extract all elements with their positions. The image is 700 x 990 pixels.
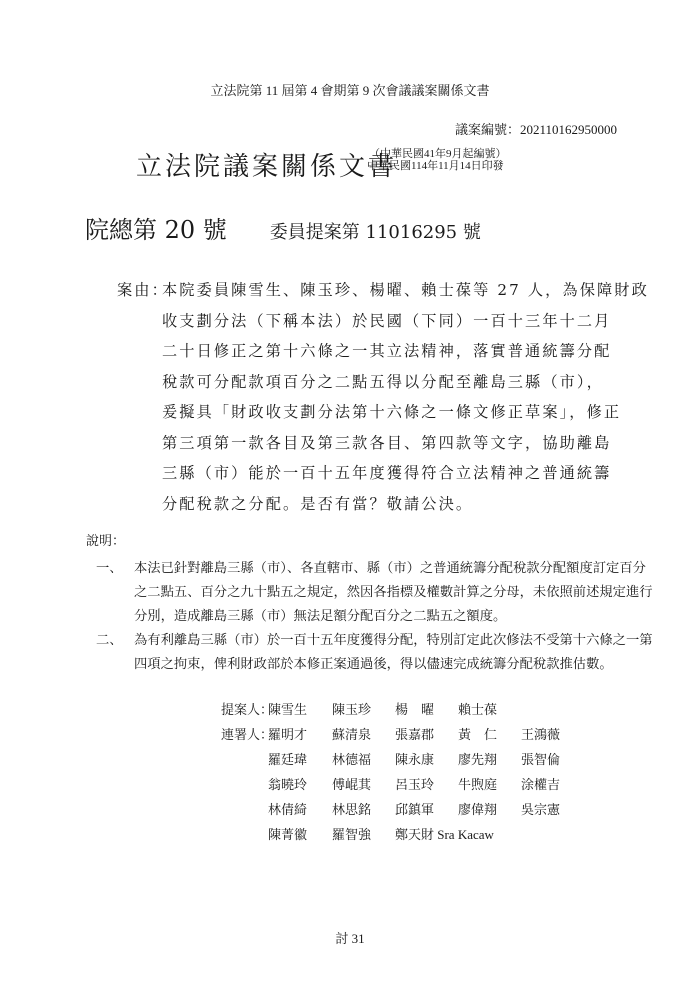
signer-name: 張智倫 — [521, 747, 560, 772]
cause-line: 第三項第一款各目及第三款各目、第四款等文字，協助離島 — [162, 428, 649, 459]
signer-name: 呂玉玲 — [395, 772, 434, 797]
signer-name: 羅智強 — [332, 822, 371, 847]
numbering-note: （中華民國41年9月起編號） — [367, 148, 507, 160]
signer-name: 張嘉郡 — [395, 722, 434, 747]
item-body: 為有利離島三縣（市）於一百十五年度獲得分配，特別訂定此次修法不受第十六條之一第 … — [134, 628, 653, 676]
session-header: 立法院第 11 屆第 4 會期第 9 次會議議案關係文書 — [0, 80, 700, 99]
proposal-number: 委員提案第 11016295 號 — [270, 222, 481, 243]
signer-name: 牛煦庭 — [458, 772, 497, 797]
item-line: 為有利離島三縣（市）於一百十五年度獲得分配，特別訂定此次修法不受第十六條之一第 — [134, 628, 653, 652]
item-number: 一、 — [96, 556, 123, 580]
item-line: 分別，造成離島三縣（市）無法足額分配百分之二點五之額度。 — [134, 604, 653, 628]
page-number: 討 31 — [0, 928, 700, 947]
document-subtitle: （中華民國41年9月起編號） 中華民國114年11月14日印發 — [367, 148, 507, 172]
signer-name: 吳宗憲 — [521, 797, 560, 822]
item-line: 之二點五、百分之九十點五之規定，然因各指標及權數計算之分母，未依照前述規定進行 — [134, 580, 653, 604]
document-title: 立法院議案關係文書 — [136, 146, 397, 183]
item-line: 四項之拘束，俾利財政部於本修正案通過後，得以儘速完成統籌分配稅款推估數。 — [134, 652, 653, 676]
signer-name: 林倩綺 — [268, 797, 307, 822]
cause-line: 分配稅款之分配。是否有當？敬請公決。 — [162, 489, 649, 520]
signer-name: 陳永康 — [395, 747, 434, 772]
signer-name: 翁曉玲 — [268, 772, 307, 797]
signer-name: 傅崐萁 — [332, 772, 371, 797]
cause-line: 收支劃分法（下稱本法）於民國（下同）一百十三年十二月 — [162, 306, 649, 337]
cosigners-label: 連署人： — [221, 722, 273, 747]
signer-name: 黃 仁 — [458, 722, 497, 747]
signer-name: 王鴻薇 — [521, 722, 560, 747]
item-number: 二、 — [96, 628, 123, 652]
signer-name: 楊 曜 — [395, 697, 434, 722]
cause-body: 本院委員陳雪生、陳玉珍、楊曜、賴士葆等 27 人，為保障財政 收支劃分法（下稱本… — [162, 275, 649, 519]
cause-line: 稅款可分配款項百分之二點五得以分配至離島三縣（市）， — [162, 367, 649, 398]
signer-name: 鄭天財 Sra Kacaw — [395, 822, 494, 847]
reference-line: 院總第 20 號 委員提案第 11016295 號 — [85, 210, 481, 245]
bill-number: 議案編號：202110162950000 — [455, 119, 617, 138]
signer-name: 陳玉珍 — [332, 697, 371, 722]
signer-name: 蘇清泉 — [332, 722, 371, 747]
signer-name: 賴士葆 — [458, 697, 497, 722]
cause-line: 爰擬具「財政收支劃分法第十六條之一條文修正草案」，修正 — [162, 397, 649, 428]
yuan-number: 院總第 20 號 — [85, 216, 227, 244]
item-body: 本法已針對離島三縣（市）、各直轄市、縣（市）之普通統籌分配稅款分配額度訂定百分 … — [134, 556, 653, 628]
signer-name: 羅明才 — [268, 722, 307, 747]
cause-line: 三縣（市）能於一百十五年度獲得符合立法精神之普通統籌 — [162, 458, 649, 489]
signer-name: 涂權吉 — [521, 772, 560, 797]
signer-name: 邱鎮軍 — [395, 797, 434, 822]
signer-name: 林德福 — [332, 747, 371, 772]
cause-line: 本院委員陳雪生、陳玉珍、楊曜、賴士葆等 27 人，為保障財政 — [162, 275, 649, 306]
cause-line: 二十日修正之第十六條之一其立法精神，落實普通統籌分配 — [162, 336, 649, 367]
item-line: 本法已針對離島三縣（市）、各直轄市、縣（市）之普通統籌分配稅款分配額度訂定百分 — [134, 556, 653, 580]
signer-name: 林思銘 — [332, 797, 371, 822]
signer-name: 陳菁徽 — [268, 822, 307, 847]
print-date: 中華民國114年11月14日印發 — [367, 160, 507, 172]
signer-name: 羅廷瑋 — [268, 747, 307, 772]
signer-name: 陳雪生 — [268, 697, 307, 722]
proposers-label: 提案人： — [221, 697, 273, 722]
signer-name: 廖先翔 — [458, 747, 497, 772]
signer-name: 廖偉翔 — [458, 797, 497, 822]
explanation-title: 說明： — [86, 530, 125, 549]
